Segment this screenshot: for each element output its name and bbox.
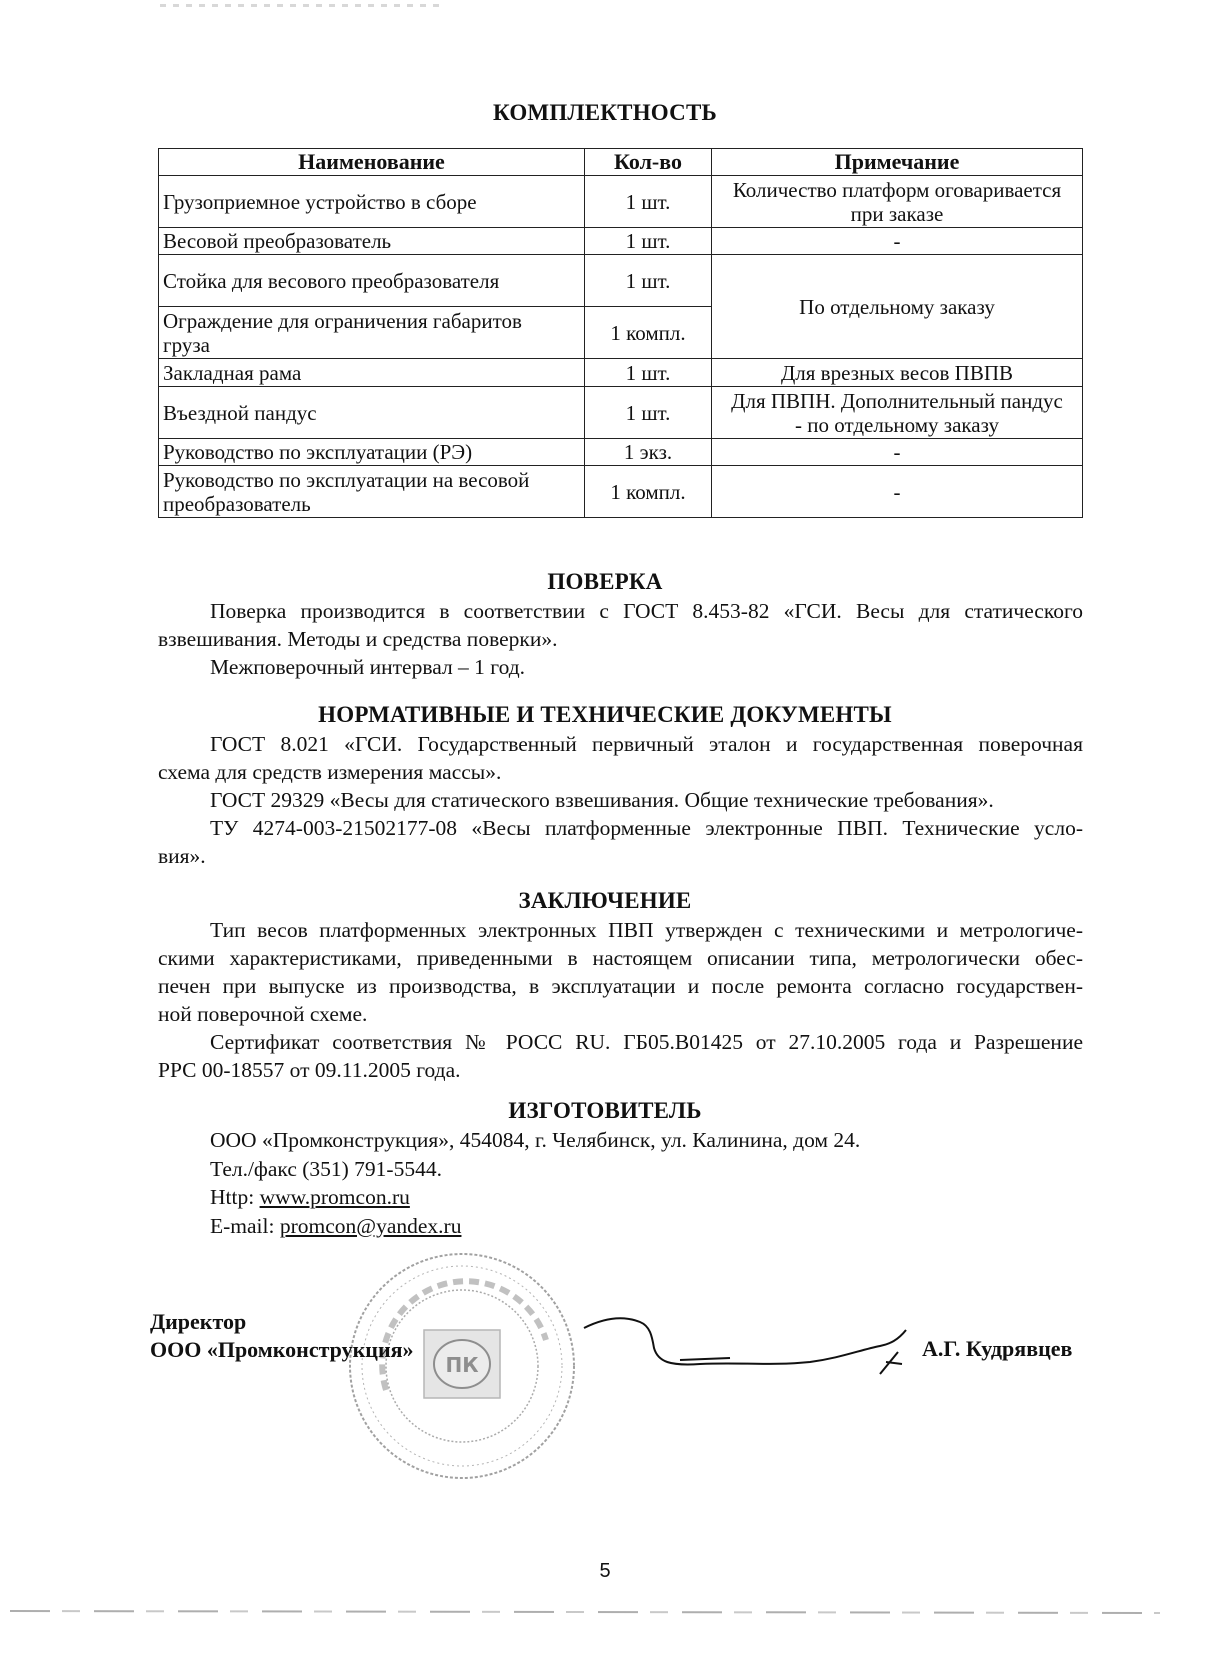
manufacturer-contacts: ООО «Промконструкция», 454084, г. Челяби…	[210, 1126, 860, 1240]
text-line: ГОСТ 8.021 «ГСИ. Государственный первичн…	[158, 730, 1083, 758]
cell-note: Количество платформ оговаривается при за…	[712, 176, 1083, 228]
signatory-name: А.Г. Кудрявцев	[922, 1336, 1072, 1362]
scan-artifact-bottom	[10, 1610, 1160, 1614]
text-line: ной поверочной схеме.	[158, 1000, 1083, 1028]
cell-name: Стойка для весового преобразователя	[159, 255, 585, 307]
email-link[interactable]: promcon@yandex.ru	[280, 1214, 462, 1238]
name-line: Руководство по эксплуатации на весовой	[163, 468, 580, 492]
page-number: 5	[0, 1560, 1210, 1583]
signatory-block: Директор ООО «Промконструкция»	[150, 1308, 414, 1364]
text-span: Сертификат соответствия № РОСС RU. ГБ05.…	[210, 1030, 1083, 1054]
verification-section-title: ПОВЕРКА	[0, 569, 1210, 595]
text-line: вия».	[158, 842, 1083, 870]
name-line: преобразователь	[163, 492, 580, 516]
column-header-qty: Кол-во	[585, 149, 712, 176]
table-header-row: Наименование Кол-во Примечание	[159, 149, 1083, 176]
manufacturer-section-title: ИЗГОТОВИТЕЛЬ	[0, 1098, 1210, 1124]
table-row: Грузоприемное устройство в сборе 1 шт. К…	[159, 176, 1083, 228]
cell-qty: 1 шт.	[585, 176, 712, 228]
cell-name: Руководство по эксплуатации на весовой п…	[159, 466, 585, 518]
cell-qty: 1 компл.	[585, 466, 712, 518]
cell-qty: 1 шт.	[585, 387, 712, 439]
note-line: - по отдельному заказу	[716, 413, 1078, 437]
cell-note: Для ПВПН. Дополнительный пандус - по отд…	[712, 387, 1083, 439]
cell-note: -	[712, 228, 1083, 255]
text-line: Тип весов платформенных электронных ПВП …	[158, 916, 1083, 944]
verification-interval: Межповерочный интервал – 1 год.	[210, 655, 525, 679]
cell-note: -	[712, 466, 1083, 518]
note-line: Количество платформ оговаривается	[716, 178, 1078, 202]
manufacturer-email: E-mail: promcon@yandex.ru	[210, 1212, 860, 1241]
signatory-position: Директор	[150, 1308, 414, 1336]
name-line: груза	[163, 333, 580, 357]
kit-table: Наименование Кол-во Примечание Грузоприе…	[158, 148, 1083, 518]
cell-note: Для врезных весов ПВПВ	[712, 359, 1083, 387]
cell-name: Грузоприемное устройство в сборе	[159, 176, 585, 228]
note-line: при заказе	[716, 202, 1078, 226]
company-stamp-icon: ПК	[346, 1250, 578, 1482]
table-row: Руководство по эксплуатации на весовой п…	[159, 466, 1083, 518]
cell-name: Закладная рама	[159, 359, 585, 387]
table-row: Руководство по эксплуатации (РЭ) 1 экз. …	[159, 439, 1083, 466]
text-line: печен при выпуске из производства, в экс…	[158, 972, 1083, 1000]
text-line: схема для средств измерения массы».	[158, 758, 1083, 786]
cell-name: Весовой преобразователь	[159, 228, 585, 255]
table-row: Въездной пандус 1 шт. Для ПВПН. Дополнит…	[159, 387, 1083, 439]
text-span: Поверка производится в соответствии с ГО…	[210, 599, 1083, 623]
text-line: РРС 00-18557 от 09.11.2005 года.	[158, 1056, 1083, 1084]
documents-section-title: НОРМАТИВНЫЕ И ТЕХНИЧЕСКИЕ ДОКУМЕНТЫ	[0, 702, 1210, 728]
name-line: Ограждение для ограничения габаритов	[163, 309, 580, 333]
cell-qty: 1 шт.	[585, 228, 712, 255]
website-label: Http:	[210, 1185, 260, 1209]
manufacturer-phone: Тел./факс (351) 791-5544.	[210, 1155, 860, 1184]
table-row: Стойка для весового преобразователя 1 шт…	[159, 255, 1083, 307]
scan-artifact-top	[160, 4, 440, 7]
document-page: КОМПЛЕКТНОСТЬ Наименование Кол-во Примеч…	[0, 0, 1210, 1680]
text-line: Поверка производится в соответствии с ГО…	[158, 597, 1083, 625]
column-header-name: Наименование	[159, 149, 585, 176]
cell-name: Въездной пандус	[159, 387, 585, 439]
website-link[interactable]: www.promcon.ru	[260, 1185, 410, 1209]
text-span: Тип весов платформенных электронных ПВП …	[210, 918, 1083, 942]
text-line: взвешивания. Методы и средства поверки».	[158, 625, 1083, 653]
text-span: ГОСТ 8.021 «ГСИ. Государственный первичн…	[210, 732, 1083, 756]
cell-qty: 1 шт.	[585, 359, 712, 387]
conclusion-section-title: ЗАКЛЮЧЕНИЕ	[0, 888, 1210, 914]
cell-name: Руководство по эксплуатации (РЭ)	[159, 439, 585, 466]
column-header-note: Примечание	[712, 149, 1083, 176]
verification-text: Поверка производится в соответствии с ГО…	[158, 597, 1083, 681]
text-line: ТУ 4274-003-21502177-08 «Весы платформен…	[158, 814, 1083, 842]
manufacturer-address: ООО «Промконструкция», 454084, г. Челяби…	[210, 1126, 860, 1155]
conclusion-text: Тип весов платформенных электронных ПВП …	[158, 916, 1083, 1084]
cell-note: -	[712, 439, 1083, 466]
cell-note-merged: По отдельному заказу	[712, 255, 1083, 359]
text-line: скими характеристиками, приведенными в н…	[158, 944, 1083, 972]
text-line: ГОСТ 29329 «Весы для статического взвеши…	[158, 786, 1083, 814]
handwritten-signature-icon	[580, 1300, 925, 1380]
cell-qty: 1 компл.	[585, 307, 712, 359]
cell-qty: 1 экз.	[585, 439, 712, 466]
note-line: Для ПВПН. Дополнительный пандус	[716, 389, 1078, 413]
manufacturer-website: Http: www.promcon.ru	[210, 1183, 860, 1212]
documents-list: ГОСТ 8.021 «ГСИ. Государственный первичн…	[158, 730, 1083, 870]
kit-section-title: КОМПЛЕКТНОСТЬ	[0, 100, 1210, 126]
text-line: Сертификат соответствия № РОСС RU. ГБ05.…	[158, 1028, 1083, 1056]
signatory-company: ООО «Промконструкция»	[150, 1336, 414, 1364]
text-span: ТУ 4274-003-21502177-08 «Весы платформен…	[210, 816, 1083, 840]
cell-qty: 1 шт.	[585, 255, 712, 307]
table-row: Закладная рама 1 шт. Для врезных весов П…	[159, 359, 1083, 387]
table-row: Весовой преобразователь 1 шт. -	[159, 228, 1083, 255]
text-line: Межповерочный интервал – 1 год.	[158, 653, 1083, 681]
email-label: E-mail:	[210, 1214, 280, 1238]
text-span: ГОСТ 29329 «Весы для статического взвеши…	[210, 788, 994, 812]
cell-name: Ограждение для ограничения габаритов гру…	[159, 307, 585, 359]
svg-text:ПК: ПК	[445, 1353, 479, 1377]
